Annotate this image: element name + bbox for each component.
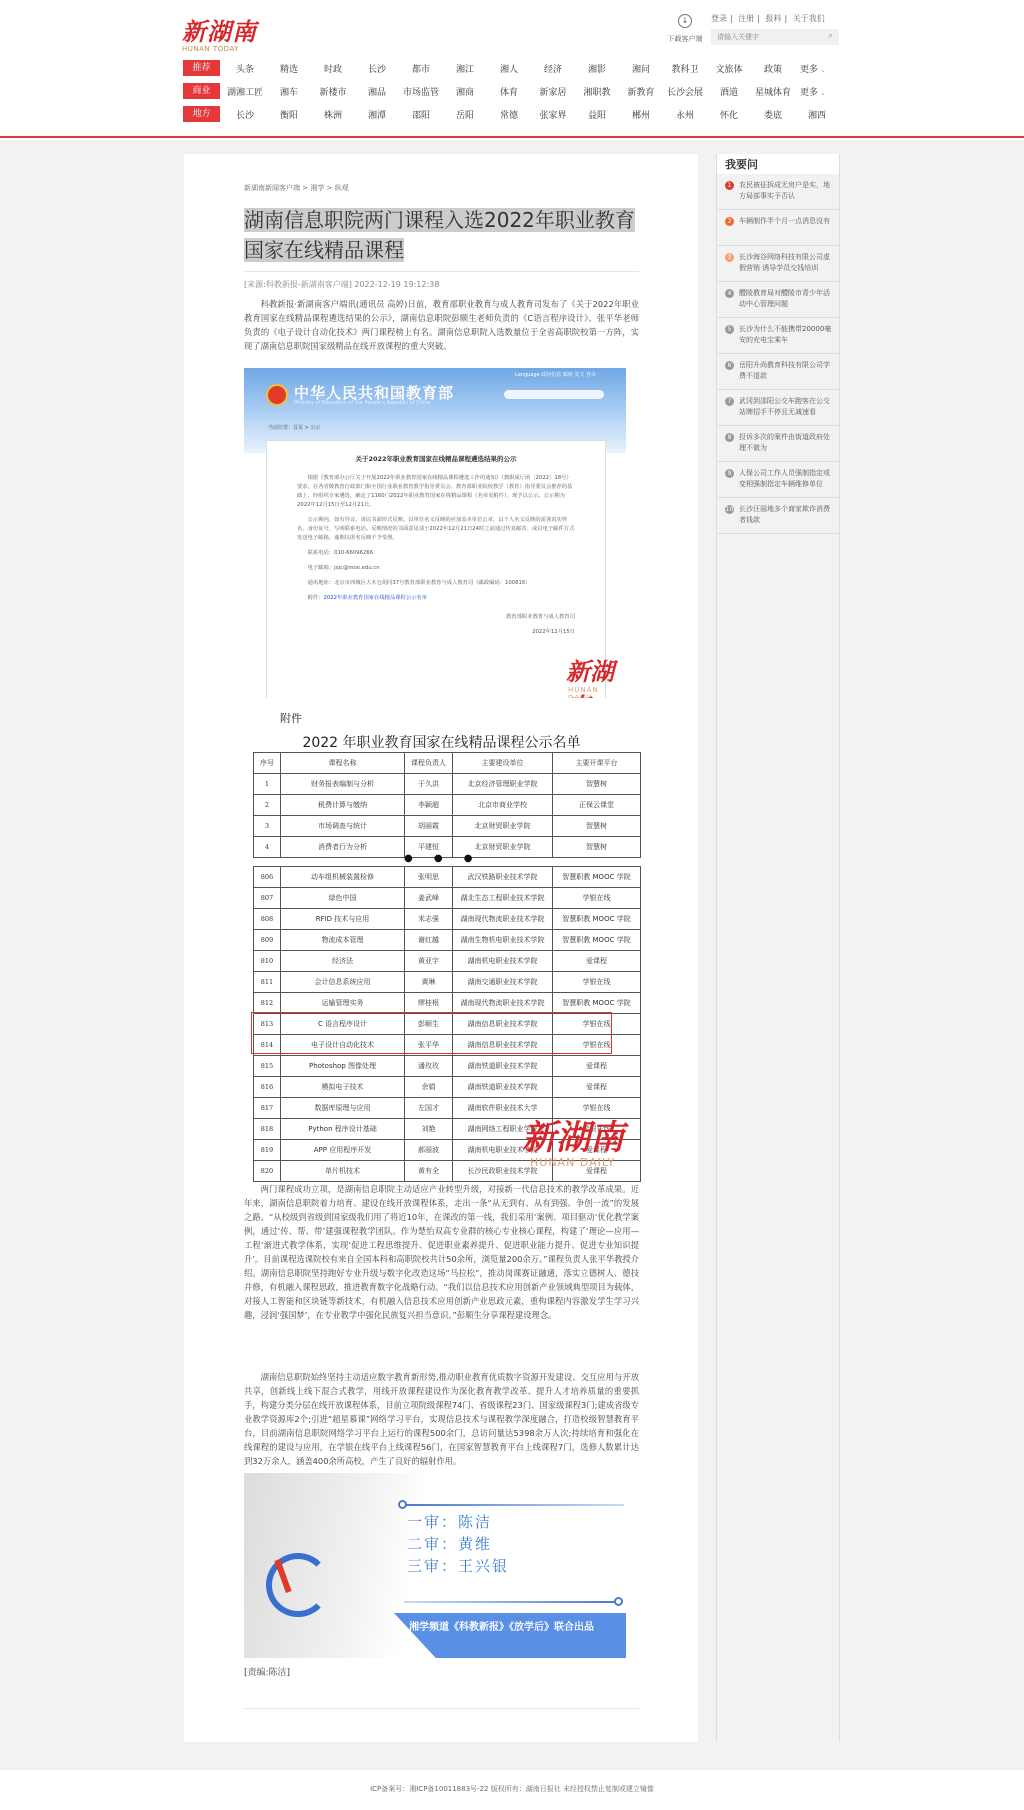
question-text: 长沙为什么不能携带20000毫安的充电宝乘车 — [739, 324, 835, 347]
nav-item[interactable]: 湘问 — [619, 62, 663, 75]
nav-row: 推荐头条精选时政长沙都市湘江湘人经济湘影湘问教科卫文旅体政策更多 ⌄ — [183, 60, 831, 76]
nav-more-button[interactable]: 更多 ⌄ — [795, 85, 831, 98]
reviewer-list: 一审：陈洁 二审：黄维 三审：王兴银 — [407, 1511, 509, 1577]
nav-item[interactable]: 湘潭 — [355, 108, 399, 121]
notice-attachment-link: 2022年职业教育国家在线精品课程公示名单 — [324, 595, 428, 601]
watermark-en-2: HUNAN DAILY — [530, 1156, 615, 1169]
notice-p1: 根据《教育部办公厅关于开展2022年职业教育国家在线精品课程遴选工作的通知》（教… — [297, 474, 575, 510]
table-row: 806动车组机械装置检修张明思武汉铁路职业技术学院智慧职教 MOOC 学院 — [254, 867, 641, 888]
nav-item[interactable]: 张家界 — [531, 108, 575, 121]
divider-bottom — [244, 1708, 639, 1709]
register-link[interactable]: 注册 — [738, 14, 754, 23]
column-header: 课程名称 — [281, 753, 405, 774]
sidebar-question-item[interactable]: 8投诉多次的案件由街道政府处理不做为 — [717, 426, 839, 462]
nav-item[interactable]: 益阳 — [575, 108, 619, 121]
table-cell: 816 — [254, 1077, 281, 1098]
question-text: 岳阳升尚教育科技有限公司学费不退款 — [739, 360, 835, 383]
table-cell: 潘玫玫 — [405, 1056, 453, 1077]
table-cell: 爱课程 — [553, 1056, 641, 1077]
nav-item[interactable]: 湘车 — [267, 85, 311, 98]
table-cell: 817 — [254, 1098, 281, 1119]
table-cell: 4 — [254, 837, 281, 858]
rank-badge: 5 — [725, 325, 734, 334]
table-cell: 湖南铁道职业技术学院 — [453, 1056, 553, 1077]
nav-item[interactable]: 新家居 — [531, 85, 575, 98]
table-cell: 动车组机械装置检修 — [281, 867, 405, 888]
table-cell: APP 应用程序开发 — [281, 1140, 405, 1161]
table-cell: 806 — [254, 867, 281, 888]
table-cell: 智慧职教 MOOC 学院 — [553, 909, 641, 930]
table-cell: 武汉铁路职业技术学院 — [453, 867, 553, 888]
rank-badge: 9 — [725, 469, 734, 478]
chevron-down-icon: ⌄ — [818, 66, 826, 74]
nav-item[interactable]: 湘江 — [443, 62, 487, 75]
table-cell: 811 — [254, 972, 281, 993]
table-cell: 818 — [254, 1119, 281, 1140]
table-cell: 黄琳 — [405, 972, 453, 993]
question-text: 人保公司工作人员强制指定或变相强制指定车辆维修单位 — [739, 468, 835, 491]
table-row: 816模拟电子技术余娟湖南铁道职业技术学院爱课程 — [254, 1077, 641, 1098]
table-cell: 缪桂根 — [405, 993, 453, 1014]
nav-item[interactable]: 永州 — [663, 108, 707, 121]
rank-badge: 4 — [725, 289, 734, 298]
notice-date: 2022年12月15日 — [297, 628, 575, 637]
about-link[interactable]: 关于我们 — [793, 14, 825, 23]
nav-item[interactable]: 体育 — [487, 85, 531, 98]
table-cell: 湖南铁道职业技术学院 — [453, 1077, 553, 1098]
breadcrumb: 新湖南新闻客户端 > 湘学 > 纵观 — [244, 183, 349, 193]
table-cell: 智慧职教 MOOC 学院 — [553, 930, 641, 951]
table-cell: RFID 技术与应用 — [281, 909, 405, 930]
table-cell: 学银在线 — [553, 888, 641, 909]
table-cell: 智慧树 — [553, 816, 641, 837]
sidebar-title: 我要问 — [717, 154, 839, 174]
nav-row: 地方长沙衡阳株洲湘潭邵阳岳阳常德张家界益阳郴州永州怀化娄底湘西 — [183, 106, 839, 122]
nav-item[interactable]: 怀化 — [707, 108, 751, 121]
sidebar-question-item[interactable]: 2车辆制作半个月一点消息没有 — [717, 210, 839, 246]
table-cell: 黄有全 — [405, 1161, 453, 1182]
banner-line-bottom — [404, 1601, 619, 1603]
footer: ICP备案号：湘ICP备10011883号-22 版权所有：湖南日报社 未经授权… — [0, 1770, 1024, 1810]
table-cell: 湖南生物机电职业技术学院 — [453, 930, 553, 951]
national-emblem-icon — [266, 384, 288, 406]
nav-item[interactable]: 教科卫 — [663, 62, 707, 75]
table-cell: 809 — [254, 930, 281, 951]
table-cell: 北京市商业学校 — [453, 795, 553, 816]
table-cell: 湖北生态工程职业技术学院 — [453, 888, 553, 909]
rank-badge: 8 — [725, 433, 734, 442]
divider — [244, 271, 639, 272]
site-logo[interactable]: 新湖南 HUNAN TODAY — [182, 12, 257, 53]
notice-signature: 教育部职业教育与成人教育司 — [297, 613, 575, 622]
table-cell: 左国才 — [405, 1098, 453, 1119]
chevron-down-icon: ⌄ — [818, 89, 826, 97]
table-cell: 余娟 — [405, 1077, 453, 1098]
footer-text: ICP备案号：湘ICP备10011883号-22 版权所有：湖南日报社 未经授权… — [370, 1785, 654, 1793]
table-cell: 消费者行为分析 — [281, 837, 405, 858]
nav-item[interactable]: 郴州 — [619, 108, 663, 121]
table-cell: 数据库原理与应用 — [281, 1098, 405, 1119]
table-cell: 郝丽波 — [405, 1140, 453, 1161]
annex-label: 附件 — [280, 710, 302, 726]
table-cell: 807 — [254, 888, 281, 909]
notice-p2: 公示期内，如有异议，请以书面形式反映。以单位名义反映的应加盖本单位公章，以个人名… — [297, 516, 575, 543]
table-row: 810经济法黄亚宇湖南机电职业技术学院爱课程 — [254, 951, 641, 972]
breadcrumb-channel[interactable]: 湘学 — [310, 184, 324, 192]
ellipsis: ● ● ● — [404, 853, 482, 864]
notice-attachment: 附件：2022年职业教育国家在线精品课程公示名单 — [297, 594, 575, 603]
sidebar-question-item[interactable]: 5长沙为什么不能携带20000毫安的充电宝乘车 — [717, 318, 839, 354]
moe-name-en: Ministry of Education of the People's Re… — [294, 400, 430, 406]
download-icon: ↓ — [678, 14, 692, 28]
nav-item[interactable]: 经济 — [531, 62, 575, 75]
sidebar: 我要问 1农民被征拆成无房户是实，地方局部事实予否认2车辆制作半个月一点消息没有… — [716, 154, 840, 1742]
nav-category-label[interactable]: 商业 — [183, 83, 220, 99]
nav-item[interactable]: 新楼市 — [311, 85, 355, 98]
question-text: 车辆制作半个月一点消息没有 — [739, 216, 830, 239]
table-row: 811会计信息系统应用黄琳湖南交通职业技术学院学银在线 — [254, 972, 641, 993]
banner-circle-bottom — [614, 1597, 623, 1606]
nav-item[interactable]: 市场监管 — [399, 85, 443, 98]
table-row: 808RFID 技术与应用米志强湖南现代物流职业技术学院智慧职教 MOOC 学院 — [254, 909, 641, 930]
article-paragraph-3: 湖南信息职院始终坚持主动适应数字教育新形势,推动职业教育优质数字资源开发建设、交… — [244, 1370, 639, 1468]
nav-item[interactable]: 精选 — [267, 62, 311, 75]
top-links: 登录| 注册| 报料| 关于我们 — [708, 13, 828, 24]
banner-strip-text: 湘学频道《科教新报》《放学后》联合出品 — [409, 1618, 594, 1633]
nav-item[interactable]: 岳阳 — [443, 108, 487, 121]
nav-item[interactable]: 湘影 — [575, 62, 619, 75]
rank-badge: 6 — [725, 361, 734, 370]
nav-item[interactable]: 都市 — [399, 62, 443, 75]
nav-item[interactable]: 湘品 — [355, 85, 399, 98]
table-cell: 北京财贸职业学院 — [453, 816, 553, 837]
moe-links: Language 政府信息 邮箱 发文 登录 — [515, 371, 596, 378]
notice-phone: 联系电话：010-66096266 — [297, 549, 575, 558]
sidebar-question-item[interactable]: 7武冈到邵阳公交车跑客在公交站牌招手不停且无减速看 — [717, 390, 839, 426]
nav-item[interactable]: 湘商 — [443, 85, 487, 98]
nav-item[interactable]: 常德 — [487, 108, 531, 121]
table-cell: 学银在线 — [553, 972, 641, 993]
table-cell: 2 — [254, 795, 281, 816]
rank-badge: 7 — [725, 397, 734, 406]
moe-search-bar — [504, 390, 604, 399]
question-text: 长沙海谷网络科技有限公司虚假营销 诱导学员交钱培训 — [739, 252, 835, 275]
table-cell: 会计信息系统应用 — [281, 972, 405, 993]
notice-title: 关于2022年职业教育国家在线精品课程遴选结果的公示 — [297, 455, 575, 464]
breadcrumb-section[interactable]: 纵观 — [335, 184, 349, 192]
nav-row: 商业湖湘工匠湘车新楼市湘品市场监管湘商体育新家居湘职教新教育长沙会展酒道星城体育… — [183, 83, 831, 99]
nav-more-button[interactable]: 更多 ⌄ — [795, 62, 831, 75]
table-row: 1财务报表编制与分析于久洪北京经济管理职业学院智慧树 — [254, 774, 641, 795]
search-icon[interactable]: ⌕ — [828, 31, 833, 41]
watermark-en: HUNAN DAILY — [568, 686, 626, 698]
nav-item[interactable]: 长沙会展 — [663, 85, 707, 98]
table-cell: 智慧职教 MOOC 学院 — [553, 867, 641, 888]
nav-item[interactable]: 时政 — [311, 62, 355, 75]
table-cell: 正保云课堂 — [553, 795, 641, 816]
table-cell: 智慧树 — [553, 837, 641, 858]
table-cell: 819 — [254, 1140, 281, 1161]
table-cell: 于久洪 — [405, 774, 453, 795]
login-link[interactable]: 登录 — [711, 14, 727, 23]
banner-line-top — [404, 1504, 624, 1506]
nav-item[interactable]: 文旅体 — [707, 62, 751, 75]
table-cell: 模拟电子技术 — [281, 1077, 405, 1098]
editor-credit: [责编:陈洁] — [244, 1665, 290, 1678]
table-cell: 谢红越 — [405, 930, 453, 951]
table-row: 815Photoshop 图像处理潘玫玫湖南铁道职业技术学院爱课程 — [254, 1056, 641, 1077]
nav-item[interactable]: 湘职教 — [575, 85, 619, 98]
table-cell: 张明思 — [405, 867, 453, 888]
table-cell: 820 — [254, 1161, 281, 1182]
table-cell: 运输管理实务 — [281, 993, 405, 1014]
column-header: 主要建设单位 — [453, 753, 553, 774]
table-cell: Python 程序设计基础 — [281, 1119, 405, 1140]
question-text: 长沙汪丽地多个商家欺诈消费者钱款 — [739, 504, 835, 527]
table-cell: 经济法 — [281, 951, 405, 972]
table-cell: 湖南现代物流职业技术学院 — [453, 993, 553, 1014]
article-source: [来源:科教新报-新湖南客户端] 2022-12-19 19:12:38 — [244, 279, 439, 290]
moe-notice-image: 中华人民共和国教育部 Ministry of Education of the … — [244, 368, 626, 698]
nav-item[interactable]: 长沙 — [223, 108, 267, 121]
nav-item[interactable]: 衡阳 — [267, 108, 311, 121]
nav-item[interactable]: 长沙 — [355, 62, 399, 75]
article-title: 湖南信息职院两门课程入选2022年职业教育国家在线精品课程 — [244, 205, 639, 265]
sidebar-list: 1农民被征拆成无房户是实，地方局部事实予否认2车辆制作半个月一点消息没有3长沙海… — [717, 174, 839, 534]
table-cell: 智慧职教 MOOC 学院 — [553, 993, 641, 1014]
table-row: 812运输管理实务缪桂根湖南现代物流职业技术学院智慧职教 MOOC 学院 — [254, 993, 641, 1014]
table-cell: 810 — [254, 951, 281, 972]
table-cell: 黄亚宇 — [405, 951, 453, 972]
table-header-row: 序号课程名称课程负责人主要建设单位主要开课平台 — [254, 753, 641, 774]
column-header: 主要开课平台 — [553, 753, 641, 774]
table-row: 807绿色中国姜武峰湖北生态工程职业技术学院学银在线 — [254, 888, 641, 909]
download-app-button[interactable]: ↓ 下载客户端 — [660, 14, 710, 44]
breadcrumb-home[interactable]: 新湖南新闻客户端 — [244, 184, 300, 192]
table-cell: 北京经济管理职业学院 — [453, 774, 553, 795]
sidebar-question-item[interactable]: 1农民被征拆成无房户是实，地方局部事实予否认 — [717, 174, 839, 210]
nav-item[interactable]: 星城体育 — [751, 85, 795, 98]
nav-item[interactable]: 头条 — [223, 62, 267, 75]
nav-item[interactable]: 政策 — [751, 62, 795, 75]
sidebar-question-item[interactable]: 10长沙汪丽地多个商家欺诈消费者钱款 — [717, 498, 839, 534]
table-title: 2022 年职业教育国家在线精品课程公示名单 — [244, 732, 639, 752]
nav-item[interactable]: 邵阳 — [399, 108, 443, 121]
table-cell: 智慧树 — [553, 774, 641, 795]
nav-item[interactable]: 酒道 — [707, 85, 751, 98]
search-placeholder: 请输入关键字 — [717, 33, 759, 41]
table-cell: 湖南现代物流职业技术学院 — [453, 909, 553, 930]
table-cell: 绿色中国 — [281, 888, 405, 909]
course-table-top: 序号课程名称课程负责人主要建设单位主要开课平台1财务报表编制与分析于久洪北京经济… — [253, 752, 641, 858]
table-cell: 1 — [254, 774, 281, 795]
table-cell: 湖南机电职业技术学院 — [453, 951, 553, 972]
notice-email: 电子邮箱：jxjc@moe.edu.cn — [297, 564, 575, 573]
column-header: 序号 — [254, 753, 281, 774]
sidebar-question-item[interactable]: 9人保公司工作人员强制指定或变相强制指定车辆维修单位 — [717, 462, 839, 498]
table-cell: 3 — [254, 816, 281, 837]
site-header: 新湖南 HUNAN TODAY ↓ 下载客户端 登录| 注册| 报料| 关于我们… — [0, 0, 1024, 138]
table-row: 809物流成本管理谢红越湖南生物机电职业技术学院智慧职教 MOOC 学院 — [254, 930, 641, 951]
nav-item[interactable]: 新教育 — [619, 85, 663, 98]
rank-badge: 1 — [725, 181, 734, 190]
watermark-logo-2: 新湖南 — [522, 1110, 624, 1159]
sidebar-question-item[interactable]: 3长沙海谷网络科技有限公司虚假营销 诱导学员交钱培训 — [717, 246, 839, 282]
table-cell: 市场调查与统计 — [281, 816, 405, 837]
rank-badge: 10 — [725, 505, 734, 514]
column-header: 课程负责人 — [405, 753, 453, 774]
table-cell: Photoshop 图像处理 — [281, 1056, 405, 1077]
review-banner-image: 一审：陈洁 二审：黄维 三审：王兴银 湘学频道《科教新报》《放学后》联合出品 — [244, 1473, 626, 1658]
table-cell: 米志强 — [405, 909, 453, 930]
table-cell: 刘艳 — [405, 1119, 453, 1140]
article-paragraph-1: 科教新报·新湖南客户端讯(通讯员 高婷)日前，教育部职业教育与成人教育司发布了《… — [244, 297, 639, 353]
question-text: 农民被征拆成无房户是实，地方局部事实予否认 — [739, 180, 835, 203]
report-link[interactable]: 报料 — [766, 14, 782, 23]
nav-item[interactable]: 湖湘工匠 — [223, 85, 267, 98]
nav-item[interactable]: 湘西 — [795, 108, 839, 121]
nav-item[interactable]: 株洲 — [311, 108, 355, 121]
table-cell: 爱课程 — [553, 1077, 641, 1098]
nav-category-label[interactable]: 推荐 — [183, 60, 220, 76]
sidebar-question-item[interactable]: 6岳阳升尚教育科技有限公司学费不退款 — [717, 354, 839, 390]
table-row: 2税费计算与缴纳李颖超北京市商业学校正保云课堂 — [254, 795, 641, 816]
table-cell: 湖南交通职业技术学院 — [453, 972, 553, 993]
download-label: 下载客户端 — [660, 34, 710, 44]
nav-category-label[interactable]: 地方 — [183, 106, 220, 122]
table-cell: 李颖超 — [405, 795, 453, 816]
search-input[interactable]: 请输入关键字 ⌕ — [711, 29, 839, 45]
question-text: 投诉多次的案件由街道政府处理不做为 — [739, 432, 835, 455]
logo-text: 新湖南 — [182, 12, 257, 47]
banner-circle-top — [398, 1500, 407, 1509]
table-cell: 爱课程 — [553, 951, 641, 972]
nav-item[interactable]: 娄底 — [751, 108, 795, 121]
table-cell: 财务报表编制与分析 — [281, 774, 405, 795]
table-cell: 物流成本管理 — [281, 930, 405, 951]
table-cell: 胡丽霞 — [405, 816, 453, 837]
question-text: 醴陵教育局对醴陵市青少年活动中心管理问题 — [739, 288, 835, 311]
table-cell: 单片机技术 — [281, 1161, 405, 1182]
sidebar-question-item[interactable]: 4醴陵教育局对醴陵市青少年活动中心管理问题 — [717, 282, 839, 318]
moe-notice-card: 关于2022年职业教育国家在线精品课程遴选结果的公示 根据《教育部办公厅关于开展… — [266, 440, 606, 698]
moe-crumb: 当前位置：首页 > 公示 — [268, 424, 320, 431]
highlight-box — [251, 1012, 612, 1054]
rank-badge: 3 — [725, 253, 734, 262]
table-cell: 812 — [254, 993, 281, 1014]
question-text: 武冈到邵阳公交车跑客在公交站牌招手不停且无减速看 — [739, 396, 835, 419]
table-cell: 税费计算与缴纳 — [281, 795, 405, 816]
table-cell: 姜武峰 — [405, 888, 453, 909]
table-cell: 808 — [254, 909, 281, 930]
article-paragraph-2: 两门课程成功立项，是湖南信息职院主动适应产业转型升级，对接新一代信息技术的教学改… — [244, 1182, 639, 1322]
nav-item[interactable]: 湘人 — [487, 62, 531, 75]
table-row: 3市场调查与统计胡丽霞北京财贸职业学院智慧树 — [254, 816, 641, 837]
rank-badge: 2 — [725, 217, 734, 226]
notice-address: 通讯地址：北京市西城区大木仓胡同37号教育部职业教育与成人教育司（邮政编码：10… — [297, 579, 575, 588]
table-cell: 815 — [254, 1056, 281, 1077]
